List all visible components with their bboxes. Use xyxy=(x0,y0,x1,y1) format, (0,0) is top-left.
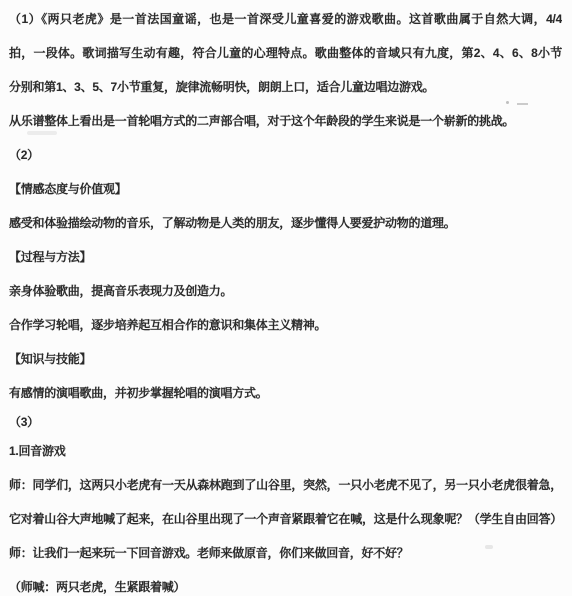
text-line: （师喊：两只老虎，生紧跟着喊） xyxy=(9,570,562,596)
text-line: （1）《两只老虎》是一首法国童谣，也是一首深受儿童喜爱的游戏歌曲。这首歌曲属于自… xyxy=(9,2,562,36)
text-line: 拍，一段体。歌词描写生动有趣，符合儿童的心理特点。歌曲整体的音域只有九度，第2、… xyxy=(9,36,562,70)
text-line: 亲身体验歌曲，提高音乐表现力及创造力。 xyxy=(9,274,562,308)
text-line: 它对着山谷大声地喊了起来，在山谷里出现了一个声音紧跟着它在喊，这是什么现象呢？（… xyxy=(9,502,562,536)
text-line: （3） xyxy=(9,410,562,434)
text-line: 有感情的演唱歌曲，并初步掌握轮唱的演唱方式。 xyxy=(9,376,562,410)
text-line: （2） xyxy=(9,138,562,172)
text-line: 合作学习轮唱，逐步培养起互相合作的意识和集体主义精神。 xyxy=(9,308,562,342)
text-line: 师：让我们一起来玩一下回音游戏。老师来做原音，你们来做回音，好不好？ xyxy=(9,536,562,570)
text-line: 1.回音游戏 xyxy=(9,434,562,468)
lesson-plan-text: （1）《两只老虎》是一首法国童谣，也是一首深受儿童喜爱的游戏歌曲。这首歌曲属于自… xyxy=(9,2,562,596)
text-line: 分别和第1、3、5、7小节重复，旋律流畅明快，朗朗上口，适合儿童边唱边游戏。 xyxy=(9,70,562,104)
text-line: 感受和体验描绘动物的音乐，了解动物是人类的朋友，逐步懂得人要爱护动物的道理。 xyxy=(9,206,562,240)
document-page: （1）《两只老虎》是一首法国童谣，也是一首深受儿童喜爱的游戏歌曲。这首歌曲属于自… xyxy=(0,0,572,596)
text-line: 【过程与方法】 xyxy=(9,240,562,274)
text-line: 师：同学们，这两只小老虎有一天从森林跑到了山谷里，突然，一只小老虎不见了，另一只… xyxy=(9,468,562,502)
text-line: 从乐谱整体上看出是一首轮唱方式的二声部合唱，对于这个年龄段的学生来说是一个崭新的… xyxy=(9,104,562,138)
text-line: 【情感态度与价值观】 xyxy=(9,172,562,206)
text-line: 【知识与技能】 xyxy=(9,342,562,376)
